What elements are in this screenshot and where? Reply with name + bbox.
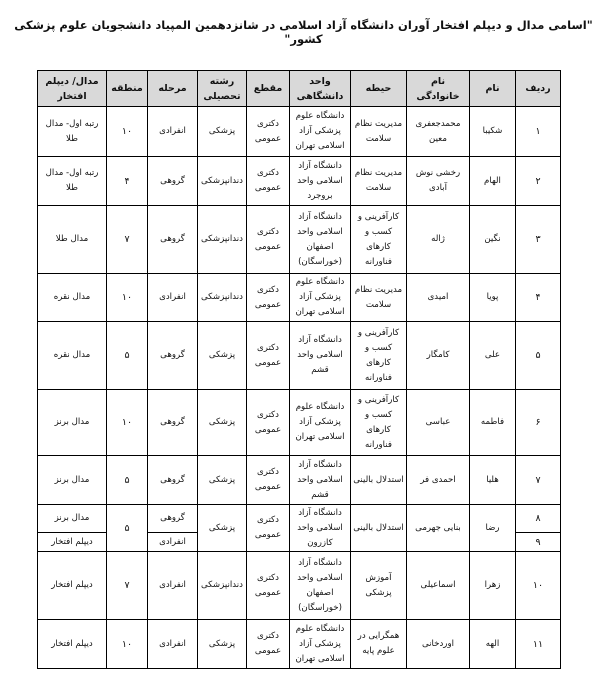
cell-major: پزشکی — [198, 390, 247, 456]
cell-stage: انفرادی — [148, 620, 198, 669]
cell-last-name: کامگار — [407, 322, 470, 390]
cell-region: ۱۰ — [107, 107, 148, 157]
cell-row-number: ۳ — [516, 206, 561, 274]
cell-award: مدال برنز — [38, 390, 107, 456]
cell-major: پزشکی — [198, 505, 247, 552]
cell-degree: دکتری عمومی — [247, 620, 290, 669]
cell-stage: گروهی — [148, 456, 198, 505]
cell-university: دانشگاه آزاد اسلامی واحد کازرون — [290, 505, 351, 552]
table-header-row: ردیف نام نام خانوادگی حیطه واحد دانشگاهی… — [38, 71, 561, 107]
cell-award: رتبه اول- مدال طلا — [38, 107, 107, 157]
table-row: ۵ علی کامگار کارآفرینی و کسب و کارهای فن… — [38, 322, 561, 390]
cell-last-name: امیدی — [407, 274, 470, 322]
cell-major: دندانپزشکی — [198, 274, 247, 322]
cell-university: دانشگاه علوم پزشکی آزاد اسلامی تهران — [290, 107, 351, 157]
table-row: ۱ شکیبا محمدجعفری معین مدیریت نظام سلامت… — [38, 107, 561, 157]
cell-stage: گروهی — [148, 322, 198, 390]
cell-field: استدلال بالینی — [351, 456, 407, 505]
cell-degree: دکتری عمومی — [247, 505, 290, 552]
cell-field: استدلال بالینی — [351, 505, 407, 552]
cell-field: مدیریت نظام سلامت — [351, 107, 407, 157]
cell-award: دیپلم افتخار — [38, 620, 107, 669]
cell-first-name: نگین — [470, 206, 516, 274]
cell-first-name: هلیا — [470, 456, 516, 505]
table-row: ۱۰ زهرا اسماعیلی آموزش پزشکی دانشگاه آزا… — [38, 552, 561, 620]
cell-major: پزشکی — [198, 107, 247, 157]
cell-award: دیپلم افتخار — [38, 552, 107, 620]
cell-major: دندانپزشکی — [198, 206, 247, 274]
cell-stage: گروهی — [148, 505, 198, 533]
cell-university: دانشگاه آزاد اسلامی واحد قشم — [290, 322, 351, 390]
cell-last-name: اسماعیلی — [407, 552, 470, 620]
header-field: حیطه — [351, 71, 407, 107]
cell-award: مدال برنز — [38, 505, 107, 533]
cell-stage: گروهی — [148, 390, 198, 456]
cell-region: ۵ — [107, 505, 148, 552]
cell-first-name: زهرا — [470, 552, 516, 620]
cell-major: پزشکی — [198, 620, 247, 669]
cell-row-number: ۹ — [516, 533, 561, 552]
cell-award: مدال نقره — [38, 274, 107, 322]
medalists-table: ردیف نام نام خانوادگی حیطه واحد دانشگاهی… — [37, 70, 561, 669]
cell-university: دانشگاه علوم پزشکی آزاد اسلامی تهران — [290, 274, 351, 322]
cell-region: ۵ — [107, 322, 148, 390]
cell-degree: دکتری عمومی — [247, 322, 290, 390]
cell-degree: دکتری عمومی — [247, 206, 290, 274]
cell-major: دندانپزشکی — [198, 157, 247, 206]
cell-last-name: اوردخانی — [407, 620, 470, 669]
cell-university: دانشگاه آزاد اسلامی واحد قشم — [290, 456, 351, 505]
table-row: ۴ پویا امیدی مدیریت نظام سلامت دانشگاه ع… — [38, 274, 561, 322]
header-degree: مقطع — [247, 71, 290, 107]
header-last-name: نام خانوادگی — [407, 71, 470, 107]
cell-field: مدیریت نظام سلامت — [351, 157, 407, 206]
header-major: رشته تحصیلی — [198, 71, 247, 107]
document-title: "اسامی مدال و دیپلم افتخار آوران دانشگاه… — [0, 18, 607, 46]
cell-major: دندانپزشکی — [198, 552, 247, 620]
cell-row-number: ۴ — [516, 274, 561, 322]
cell-region: ۵ — [107, 456, 148, 505]
header-row-number: ردیف — [516, 71, 561, 107]
cell-university: دانشگاه آزاد اسلامی واحد اصفهان (خوراسگا… — [290, 206, 351, 274]
cell-first-name: الهام — [470, 157, 516, 206]
cell-degree: دکتری عمومی — [247, 157, 290, 206]
cell-last-name: احمدی فر — [407, 456, 470, 505]
cell-first-name: علی — [470, 322, 516, 390]
header-first-name: نام — [470, 71, 516, 107]
cell-university: دانشگاه آزاد اسلامی واحد اصفهان (خوراسگا… — [290, 552, 351, 620]
cell-university: دانشگاه علوم پزشکی آزاد اسلامی تهران — [290, 390, 351, 456]
cell-row-number: ۷ — [516, 456, 561, 505]
cell-last-name: رخشی نوش آبادی — [407, 157, 470, 206]
header-stage: مرحله — [148, 71, 198, 107]
cell-stage: انفرادی — [148, 107, 198, 157]
cell-stage: انفرادی — [148, 552, 198, 620]
cell-region: ۷ — [107, 552, 148, 620]
cell-stage: گروهی — [148, 206, 198, 274]
cell-last-name: محمدجعفری معین — [407, 107, 470, 157]
cell-degree: دکتری عمومی — [247, 552, 290, 620]
cell-field: کارآفرینی و کسب و کارهای فناورانه — [351, 206, 407, 274]
cell-stage: انفرادی — [148, 533, 198, 552]
cell-stage: گروهی — [148, 157, 198, 206]
cell-award: رتبه اول- مدال طلا — [38, 157, 107, 206]
cell-row-number: ۲ — [516, 157, 561, 206]
cell-major: پزشکی — [198, 456, 247, 505]
cell-field: همگرایی در علوم پایه — [351, 620, 407, 669]
cell-first-name: شکیبا — [470, 107, 516, 157]
cell-first-name: الهه — [470, 620, 516, 669]
cell-award: دیپلم افتخار — [38, 533, 107, 552]
table-row: ۶ فاطمه عباسی کارآفرینی و کسب و کارهای ف… — [38, 390, 561, 456]
table-row: ۷ هلیا احمدی فر استدلال بالینی دانشگاه آ… — [38, 456, 561, 505]
cell-row-number: ۶ — [516, 390, 561, 456]
cell-first-name: فاطمه — [470, 390, 516, 456]
header-region: منطقه — [107, 71, 148, 107]
cell-field: مدیریت نظام سلامت — [351, 274, 407, 322]
cell-degree: دکتری عمومی — [247, 274, 290, 322]
cell-row-number: ۱ — [516, 107, 561, 157]
cell-award: مدال طلا — [38, 206, 107, 274]
cell-first-name: رضا — [470, 505, 516, 552]
cell-degree: دکتری عمومی — [247, 107, 290, 157]
cell-region: ۱۰ — [107, 274, 148, 322]
cell-field: کارآفرینی و کسب و کارهای فناورانه — [351, 390, 407, 456]
cell-stage: انفرادی — [148, 274, 198, 322]
cell-first-name: پویا — [470, 274, 516, 322]
cell-region: ۱۰ — [107, 390, 148, 456]
cell-degree: دکتری عمومی — [247, 456, 290, 505]
cell-university: دانشگاه آزاد اسلامی واحد بروجرد — [290, 157, 351, 206]
cell-award: مدال برنز — [38, 456, 107, 505]
header-award: مدال/ دیپلم افتخار — [38, 71, 107, 107]
cell-last-name: بنایی جهرمی — [407, 505, 470, 552]
table-row-split-a: ۸ رضا بنایی جهرمی استدلال بالینی دانشگاه… — [38, 505, 561, 533]
cell-region: ۱۰ — [107, 620, 148, 669]
cell-field: آموزش پزشکی — [351, 552, 407, 620]
cell-university: دانشگاه علوم پزشکی آزاد اسلامی تهران — [290, 620, 351, 669]
cell-degree: دکتری عمومی — [247, 390, 290, 456]
cell-row-number: ۵ — [516, 322, 561, 390]
table-row: ۲ الهام رخشی نوش آبادی مدیریت نظام سلامت… — [38, 157, 561, 206]
cell-region: ۴ — [107, 157, 148, 206]
cell-major: پزشکی — [198, 322, 247, 390]
cell-field: کارآفرینی و کسب و کارهای فناورانه — [351, 322, 407, 390]
table-row: ۳ نگین ژاله کارآفرینی و کسب و کارهای فنا… — [38, 206, 561, 274]
cell-row-number: ۱۰ — [516, 552, 561, 620]
header-university: واحد دانشگاهی — [290, 71, 351, 107]
cell-award: مدال نقره — [38, 322, 107, 390]
cell-region: ۷ — [107, 206, 148, 274]
cell-row-number: ۱۱ — [516, 620, 561, 669]
cell-last-name: ژاله — [407, 206, 470, 274]
cell-row-number: ۸ — [516, 505, 561, 533]
table-row: ۱۱ الهه اوردخانی همگرایی در علوم پایه دا… — [38, 620, 561, 669]
cell-last-name: عباسی — [407, 390, 470, 456]
